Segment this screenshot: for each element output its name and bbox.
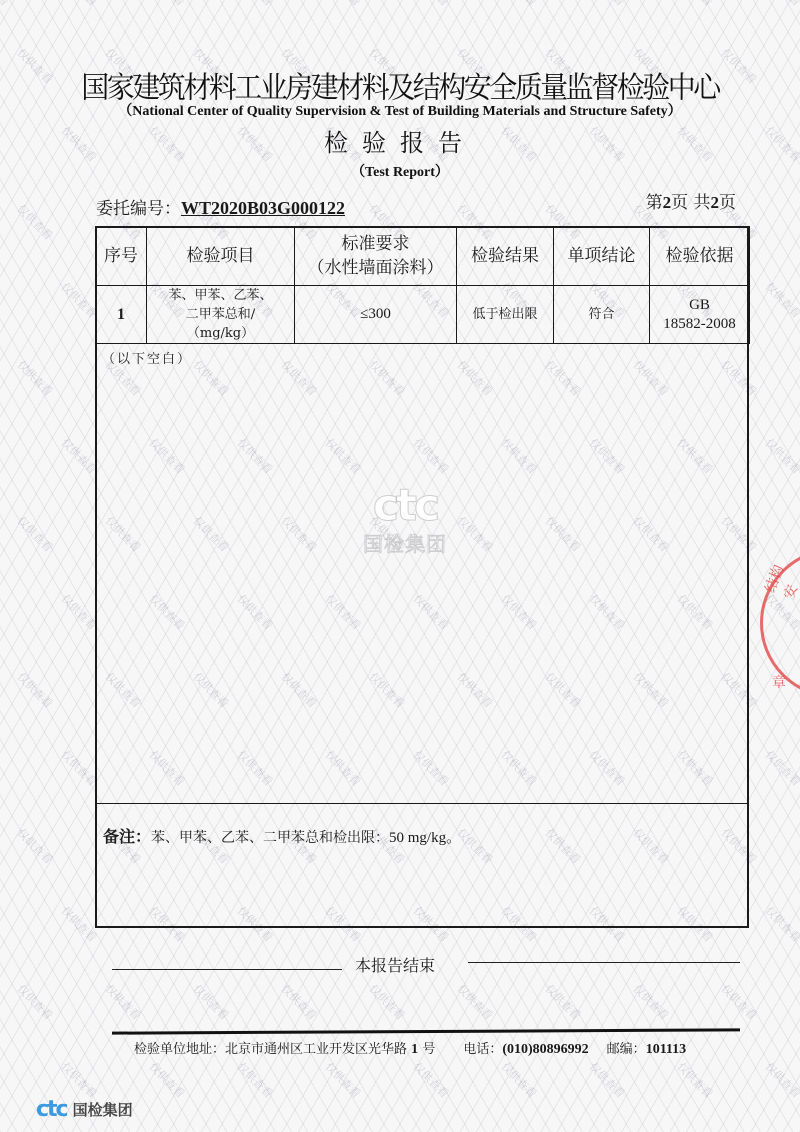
ctc-brand-icon: ctc (36, 1097, 67, 1122)
cell-requirement: ≤300 (295, 286, 457, 344)
remarks-value: 50 mg/kg。 (389, 830, 461, 846)
center-watermark-logo: ctc 国检集团 (340, 482, 470, 558)
cell-seq: 1 (96, 286, 147, 344)
cell-conclusion: 符合 (554, 286, 650, 344)
page-current: 2 (663, 193, 672, 212)
commission-number: 委托编号：WT2020B03G000122 (96, 194, 345, 219)
report-end-text: 本报告结束 (355, 953, 435, 976)
zip-value: 101113 (646, 1042, 686, 1057)
header-seq: 序号 (96, 227, 147, 286)
cell-basis: GB 18582-2008 (650, 286, 750, 344)
address-label: 检验单位地址： (134, 1042, 225, 1057)
results-table: 序号 检验项目 标准要求（水性墙面涂料） 检验结果 单项结论 检验依据 1 苯、… (95, 226, 750, 344)
end-rule-left (112, 969, 342, 970)
zip-label: 邮编： (607, 1042, 646, 1057)
cell-item: 苯、甲苯、乙苯、 二甲苯总和/ （mg/kg） (147, 286, 295, 344)
brand-name: 国检集团 (73, 1099, 133, 1120)
report-title-en: （Test Report） (0, 161, 800, 181)
table-header-row: 序号 检验项目 标准要求（水性墙面涂料） 检验结果 单项结论 检验依据 (96, 227, 750, 286)
page-indicator: 第2页 共2页 (646, 188, 736, 213)
header-result: 检验结果 (457, 227, 554, 286)
seal-text-bottom: 章 (772, 672, 786, 692)
footer-divider (112, 1028, 740, 1034)
remarks-text: 苯、甲苯、乙苯、二甲苯总和检出限： (151, 830, 389, 846)
header-basis: 检验依据 (650, 227, 750, 286)
footer-contact: 检验单位地址：北京市通州区工业开发区光华路 1 号电话：(010)8089699… (134, 1038, 734, 1058)
phone-label: 电话： (463, 1042, 502, 1057)
report-title-cn: 检验报告 (0, 123, 800, 158)
table-row: 1 苯、甲苯、乙苯、 二甲苯总和/ （mg/kg） ≤300 低于检出限 符合 … (96, 286, 750, 344)
page-suffix: 页 (719, 193, 736, 213)
commission-label: 委托编号： (96, 199, 181, 219)
blank-below-note: （以下空白） (102, 348, 192, 367)
report-page: 国家建筑材料工业房建材料及结构安全质量监督检验中心 （National Cent… (0, 0, 800, 1132)
page-mid: 页 共 (671, 193, 710, 213)
address-number: 1 (411, 1042, 418, 1057)
header-conclusion: 单项结论 (554, 227, 650, 286)
brand-footer: ctc 国检集团 (36, 1097, 133, 1122)
end-rule-right (468, 962, 740, 963)
commission-value: WT2020B03G000122 (181, 198, 345, 218)
page-prefix: 第 (646, 193, 663, 213)
header-item: 检验项目 (147, 227, 295, 286)
center-logo-cn: 国检集团 (340, 530, 470, 558)
phone-value: (010)80896992 (502, 1042, 588, 1057)
organization-name-en: （National Center of Quality Supervision … (0, 100, 800, 120)
page-total: 2 (711, 193, 720, 212)
cell-result: 低于检出限 (457, 286, 554, 344)
remarks: 备注：苯、甲苯、乙苯、二甲苯总和检出限：50 mg/kg。 (103, 824, 461, 847)
address-suffix: 号 (422, 1042, 435, 1057)
remarks-divider (95, 803, 749, 804)
address-value: 北京市通州区工业开发区光华路 (225, 1042, 407, 1057)
ctc-logo-icon: ctc (340, 482, 470, 530)
remarks-label: 备注： (103, 827, 151, 846)
header-requirement: 标准要求（水性墙面涂料） (295, 227, 457, 286)
